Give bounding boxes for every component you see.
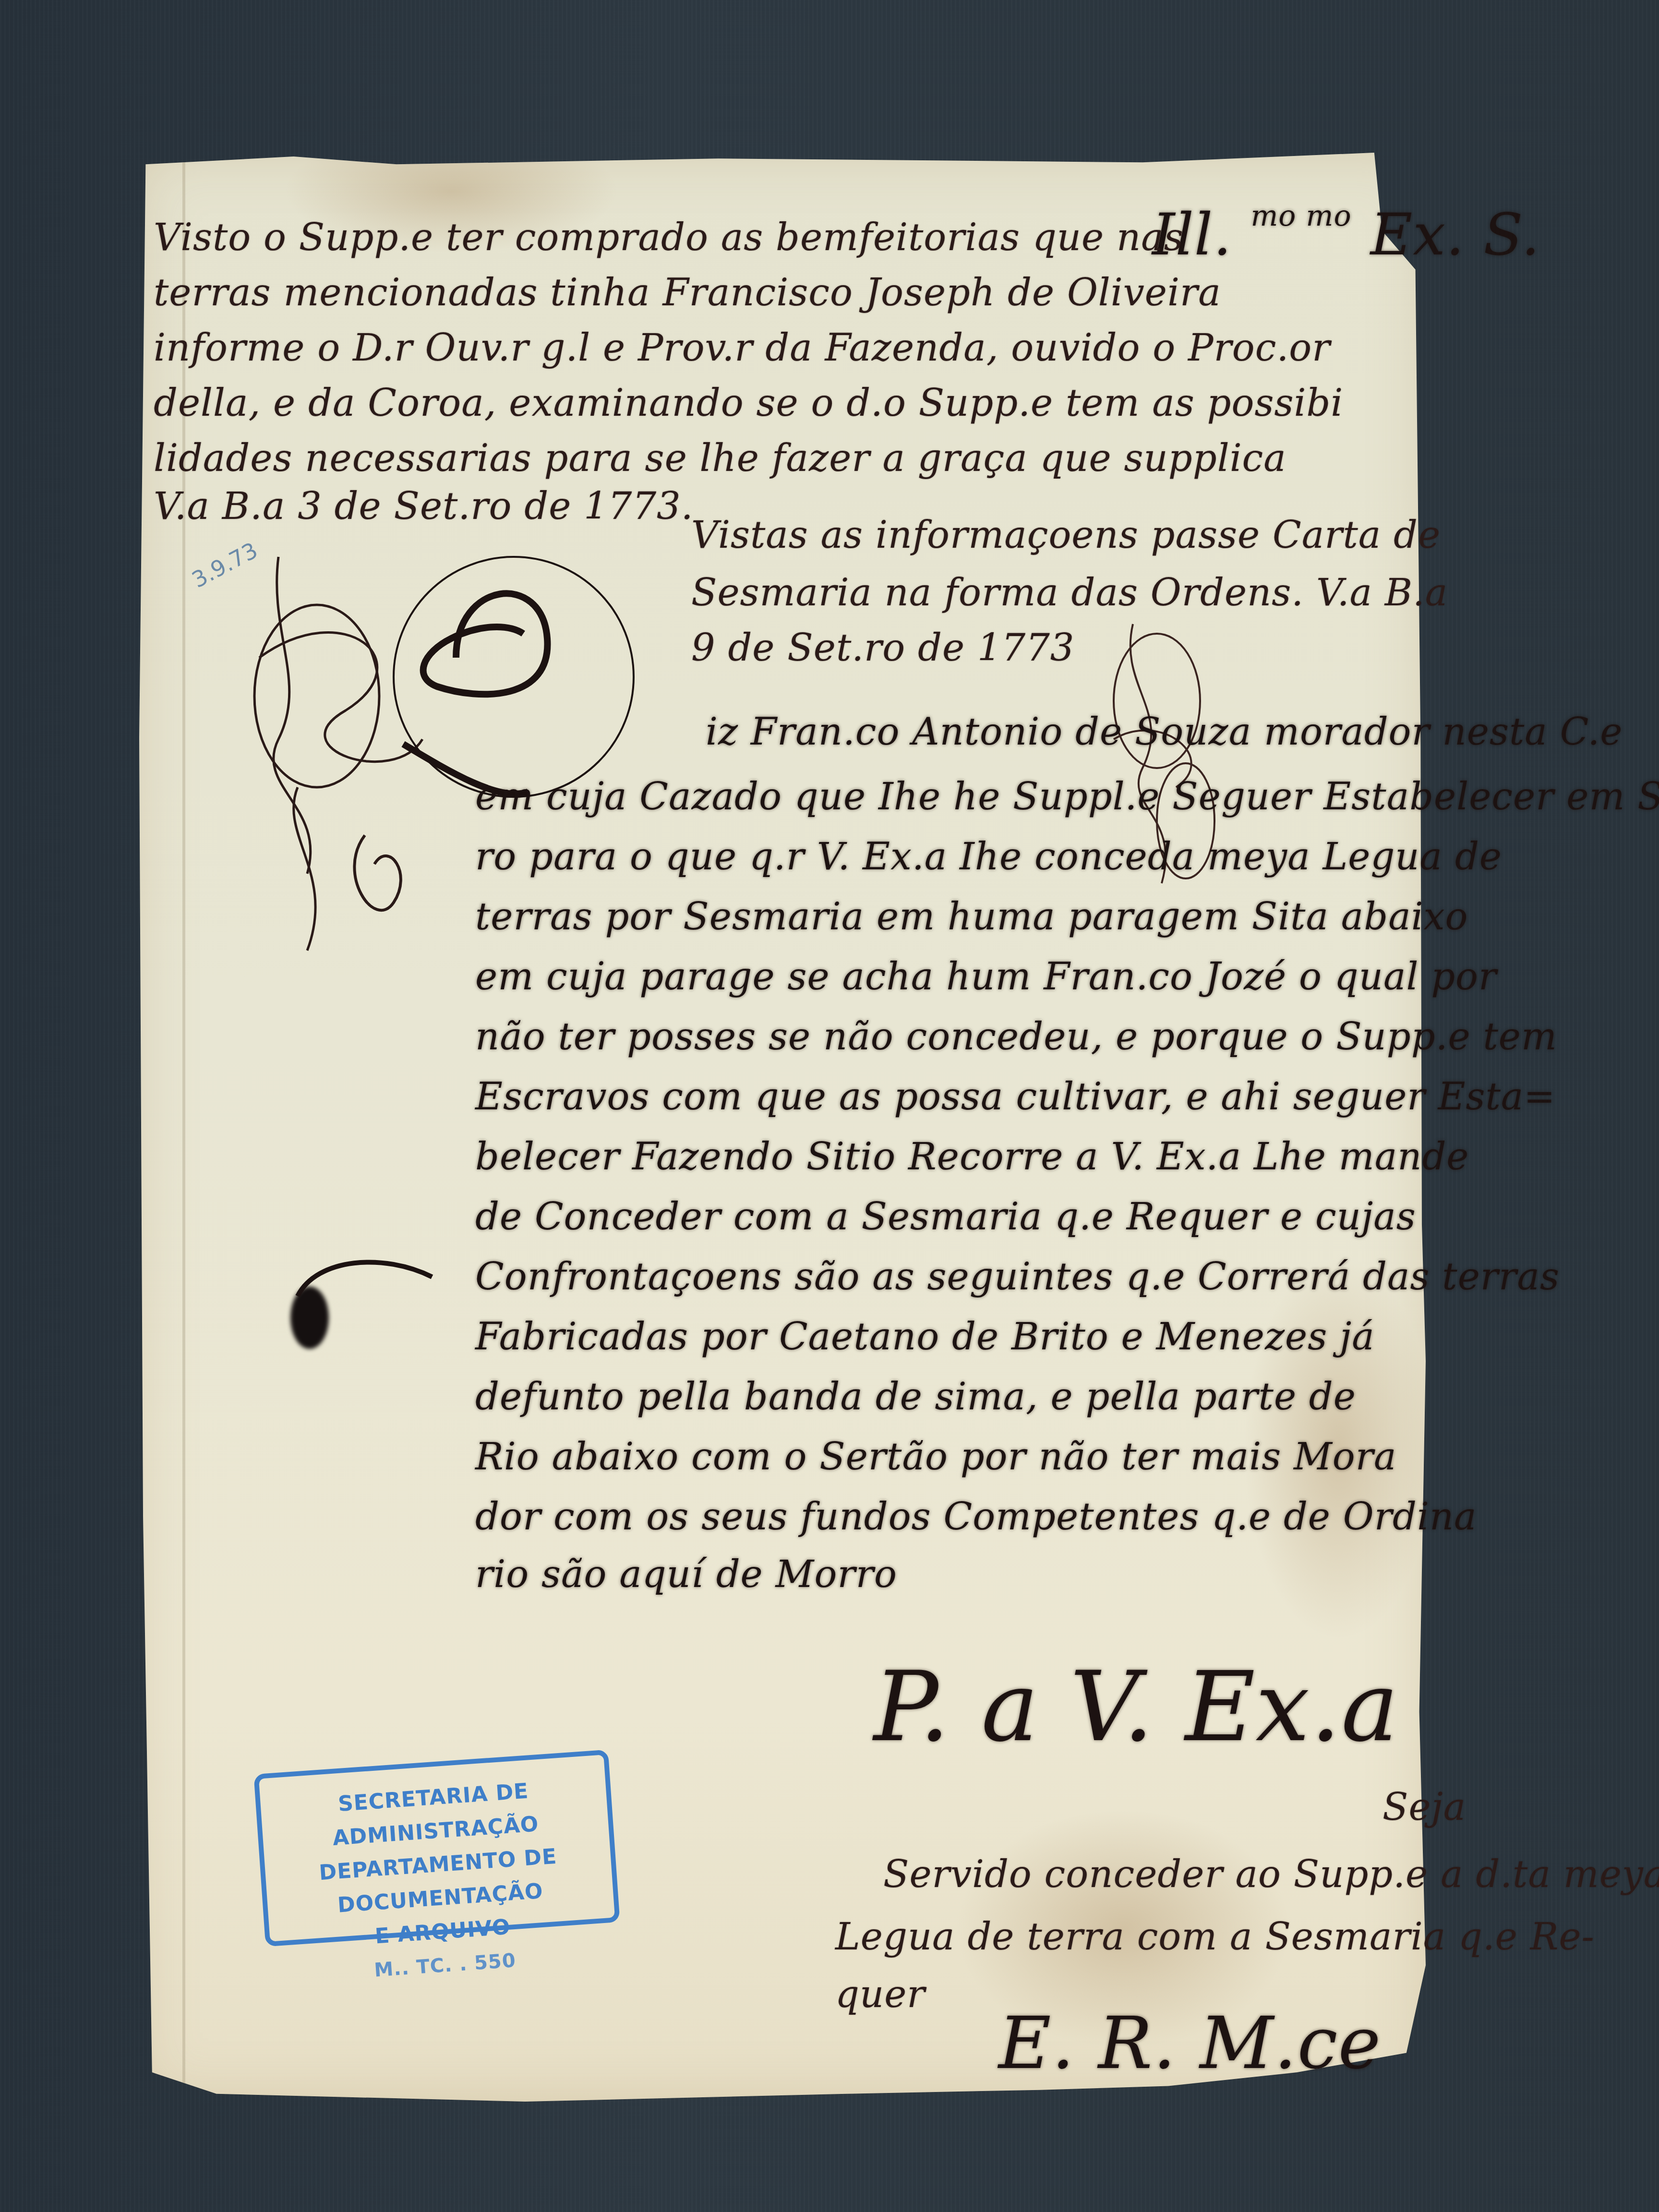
petition-line: não ter posses se não concedeu, e porque… [475,1015,1557,1058]
petition-line: de Conceder com a Sesmaria q.e Requer e … [475,1195,1416,1238]
ornamental-initial-d [384,542,653,811]
petition-line: Confrontaçoens são as seguintes q.e Corr… [475,1255,1560,1298]
petition-line: defunto pella banda de sima, e pella par… [475,1375,1356,1419]
closing-line: Legua de terra com a Sesmaria q.e Re- [835,1915,1595,1959]
despacho-1-line: della, e da Coroa, examinando se o d.o S… [154,382,1343,425]
petition-line: Escravos com que as possa cultivar, e ah… [475,1075,1556,1118]
petition-line: Rio abaixo com o Sertão por não ter mais… [475,1435,1397,1479]
petition-line: terras por Sesmaria em huma paragem Sita… [475,895,1468,938]
closing-line: Seja [1382,1786,1466,1829]
petition-line: iz Fran.co Antonio de Souza morador nest… [706,710,1623,754]
despacho-1-date: V.a B.a 3 de Set.ro de 1773. [154,485,693,528]
closing-formula: P. a V. Ex.a [874,1651,1399,1763]
closing-line: Servido conceder ao Supp.e a d.ta meya [883,1853,1659,1896]
despacho-1-line: Visto o Supp.e ter comprado as bemfeitor… [154,216,1184,259]
petition-line: rio são aquí de Morro [475,1553,897,1596]
despacho-2-line: Vistas as informaçoens passe Carta de [691,514,1441,557]
closing-line: quer [835,1973,926,2016]
despacho-1-line: informe o D.r Ouv.r g.l e Prov.r da Faze… [154,326,1330,370]
despacho-2-line: Sesmaria na forma das Ordens. V.a B.a [691,571,1448,614]
petition-line: em cuja parage se acha hum Fran.co Jozé … [475,955,1497,998]
erm-signature: E. R. M.ce [998,2002,1381,2085]
despacho-1-line: lidades necessarias para se lhe fazer a … [154,437,1286,480]
despacho-2-date: 9 de Set.ro de 1773 [691,626,1074,670]
despacho-1-line: terras mencionadas tinha Francisco Josep… [154,271,1221,314]
petition-line: em cuja Cazado que Ihe he Suppl.e Seguer… [475,775,1659,818]
petition-line: Fabricadas por Caetano de Brito e Meneze… [475,1315,1375,1358]
petition-line: dor com os seus fundos Competentes q.e d… [475,1495,1477,1539]
salutation: Ill. mo mo Ex. S. [1152,202,1540,268]
archive-stamp: SECRETARIA DE ADMINISTRAÇÃO DEPARTAMENTO… [253,1750,620,1947]
ink-flourish [288,1248,442,1306]
petition-line: belecer Fazendo Sitio Recorre a V. Ex.a … [475,1135,1469,1178]
petition-line: ro para o que q.r V. Ex.a Ihe conceda me… [475,835,1502,878]
